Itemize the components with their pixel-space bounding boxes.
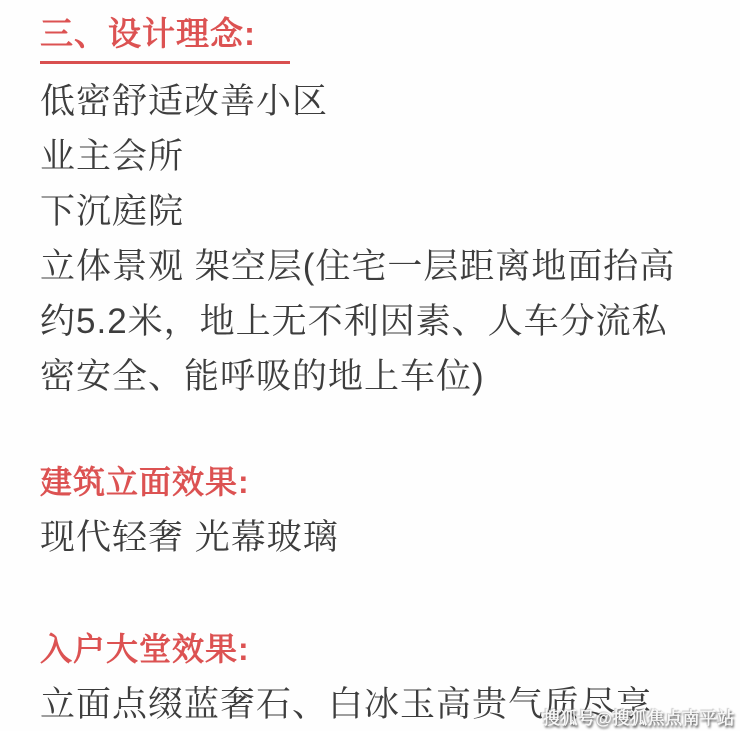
body-line-low-density: 低密舒适改善小区 <box>40 74 730 129</box>
body-line-facade: 现代轻奢 光幕玻璃 <box>40 510 730 565</box>
sohu-watermark: 搜狐号@搜狐焦点南平站 <box>543 704 735 729</box>
section-heading-design-concept: 三、设计理念: <box>40 14 730 64</box>
heading-underlined-text: 三、设计理念: <box>40 14 290 64</box>
body-line-sunken-courtyard: 下沉庭院 <box>40 184 730 239</box>
section-design-concept: 三、设计理念: 低密舒适改善小区 业主会所 下沉庭院 立体景观 架空层(住宅一层… <box>40 14 730 404</box>
body-line-landscape-2: 约5.2米，地上无不利因素、人车分流私 <box>40 294 730 349</box>
body-line-landscape-1: 立体景观 架空层(住宅一层距离地面抬高 <box>40 239 730 294</box>
body-line-landscape-3: 密安全、能呼吸的地上车位) <box>40 349 730 404</box>
section-heading-lobby-effect: 入户大堂效果: <box>40 622 730 677</box>
section-facade-effect: 建筑立面效果: 现代轻奢 光幕玻璃 <box>40 455 730 565</box>
article-page: 三、设计理念: 低密舒适改善小区 业主会所 下沉庭院 立体景观 架空层(住宅一层… <box>0 0 740 731</box>
section-body: 低密舒适改善小区 业主会所 下沉庭院 立体景观 架空层(住宅一层距离地面抬高 约… <box>40 74 730 404</box>
body-line-owners-club: 业主会所 <box>40 129 730 184</box>
section-heading-facade-effect: 建筑立面效果: <box>40 455 730 510</box>
